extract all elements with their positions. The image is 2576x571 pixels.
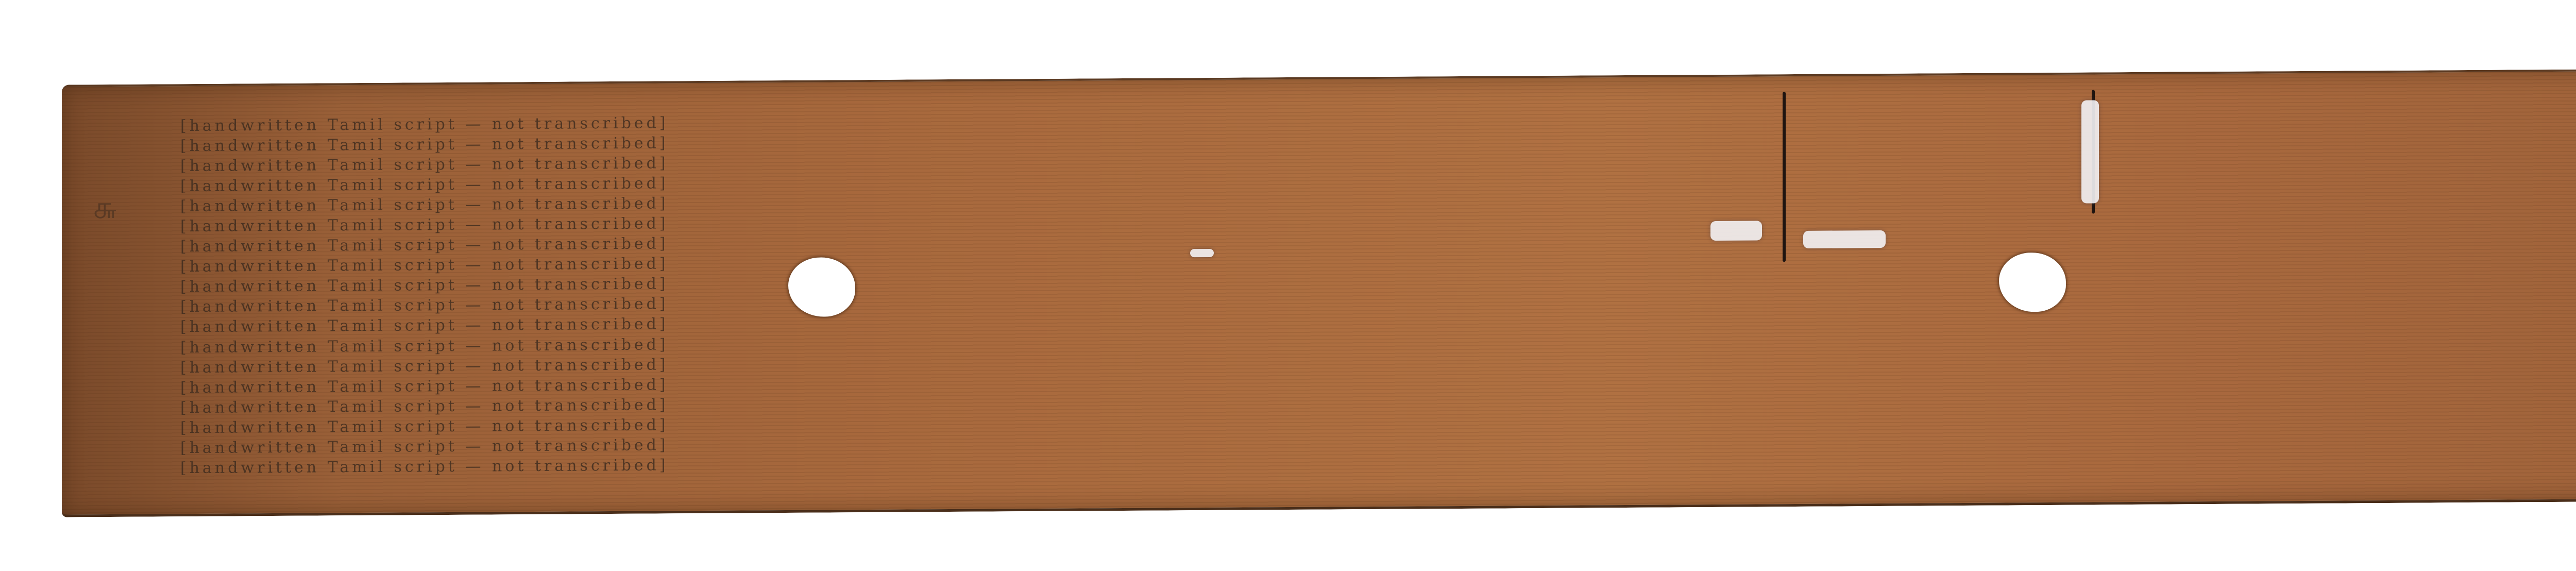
palm-leaf-folio: ௬ ௩௧ [handwritten Tamil script — not tra… [62,68,2576,517]
leaf-crack [1783,92,1786,262]
leaf-damage-patch [2081,100,2099,203]
leaf-damage-patch [1710,221,1762,241]
left-margin-note: ௬ [93,190,118,230]
leaf-damage-patch [1803,230,1886,248]
manuscript-text-block: [handwritten Tamil script — not transcri… [180,102,2576,478]
leaf-damage-patch [1190,249,1214,257]
